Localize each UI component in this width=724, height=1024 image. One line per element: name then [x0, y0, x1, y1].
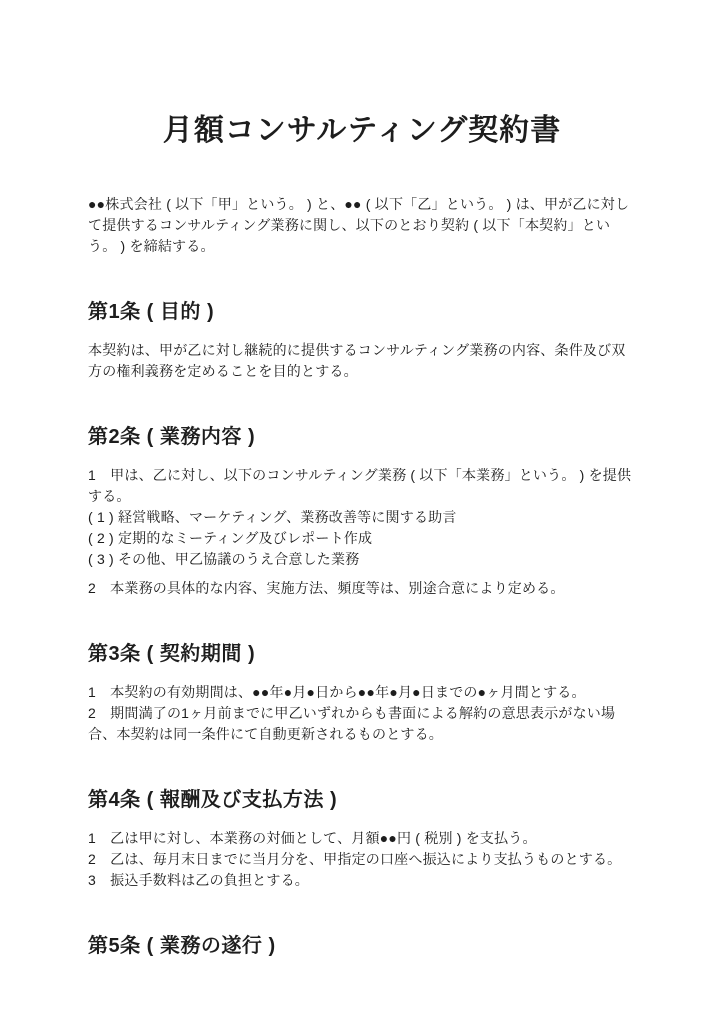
article-4-clause-2: 2 乙は、毎月末日までに当月分を、甲指定の口座へ振込により支払うものとする。 — [88, 849, 636, 870]
article-2-block-1: 1 甲は、乙に対し、以下のコンサルティング業務 ( 以下「本業務」という。 ) … — [88, 465, 636, 570]
article-2-subitem-3: ( 3 ) その他、甲乙協議のうえ合意した業務 — [88, 549, 636, 570]
article-1-block-1: 本契約は、甲が乙に対し継続的に提供するコンサルティング業務の内容、条件及び双方の… — [88, 340, 636, 382]
article-2-block-2: 2 本業務の具体的な内容、実施方法、頻度等は、別途合意により定める。 — [88, 578, 636, 599]
article-2-subitem-1: ( 1 ) 経営戦略、マーケティング、業務改善等に関する助言 — [88, 507, 636, 528]
intro-paragraph: ●●株式会社 ( 以下「甲」という。 ) と、●● ( 以下「乙」という。 ) … — [88, 194, 636, 257]
article-2-clause-2: 2 本業務の具体的な内容、実施方法、頻度等は、別途合意により定める。 — [88, 578, 636, 599]
article-3-block-1: 1 本契約の有効期間は、●●年●月●日から●●年●月●日までの●ヶ月間とする。 … — [88, 682, 636, 745]
article-2-heading: 第2条 ( 業務内容 ) — [88, 424, 636, 450]
article-3-term: 第3条 ( 契約期間 ) 1 本契約の有効期間は、●●年●月●日から●●年●月●… — [88, 641, 636, 745]
article-3-clause-1: 1 本契約の有効期間は、●●年●月●日から●●年●月●日までの●ヶ月間とする。 — [88, 682, 636, 703]
article-2-clause-1: 1 甲は、乙に対し、以下のコンサルティング業務 ( 以下「本業務」という。 ) … — [88, 465, 636, 507]
article-4-block-1: 1 乙は甲に対し、本業務の対価として、月額●●円 ( 税別 ) を支払う。 2 … — [88, 828, 636, 891]
article-3-heading: 第3条 ( 契約期間 ) — [88, 641, 636, 667]
article-2-services: 第2条 ( 業務内容 ) 1 甲は、乙に対し、以下のコンサルティング業務 ( 以… — [88, 424, 636, 599]
article-4-heading: 第4条 ( 報酬及び支払方法 ) — [88, 787, 636, 813]
contract-document-page: 月額コンサルティング契約書 ●●株式会社 ( 以下「甲」という。 ) と、●● … — [0, 0, 724, 1024]
article-4-payment: 第4条 ( 報酬及び支払方法 ) 1 乙は甲に対し、本業務の対価として、月額●●… — [88, 787, 636, 891]
article-1-heading: 第1条 ( 目的 ) — [88, 299, 636, 325]
article-3-clause-2: 2 期間満了の1ヶ月前までに甲乙いずれからも書面による解約の意思表示がない場合、… — [88, 703, 636, 745]
article-1-clause: 本契約は、甲が乙に対し継続的に提供するコンサルティング業務の内容、条件及び双方の… — [88, 340, 636, 382]
article-4-clause-3: 3 振込手数料は乙の負担とする。 — [88, 870, 636, 891]
article-4-clause-1: 1 乙は甲に対し、本業務の対価として、月額●●円 ( 税別 ) を支払う。 — [88, 828, 636, 849]
article-5-performance: 第5条 ( 業務の遂行 ) — [88, 933, 636, 959]
article-5-heading: 第5条 ( 業務の遂行 ) — [88, 933, 636, 959]
article-2-subitem-2: ( 2 ) 定期的なミーティング及びレポート作成 — [88, 528, 636, 549]
article-1-purpose: 第1条 ( 目的 ) 本契約は、甲が乙に対し継続的に提供するコンサルティング業務… — [88, 299, 636, 382]
document-title: 月額コンサルティング契約書 — [88, 112, 636, 150]
